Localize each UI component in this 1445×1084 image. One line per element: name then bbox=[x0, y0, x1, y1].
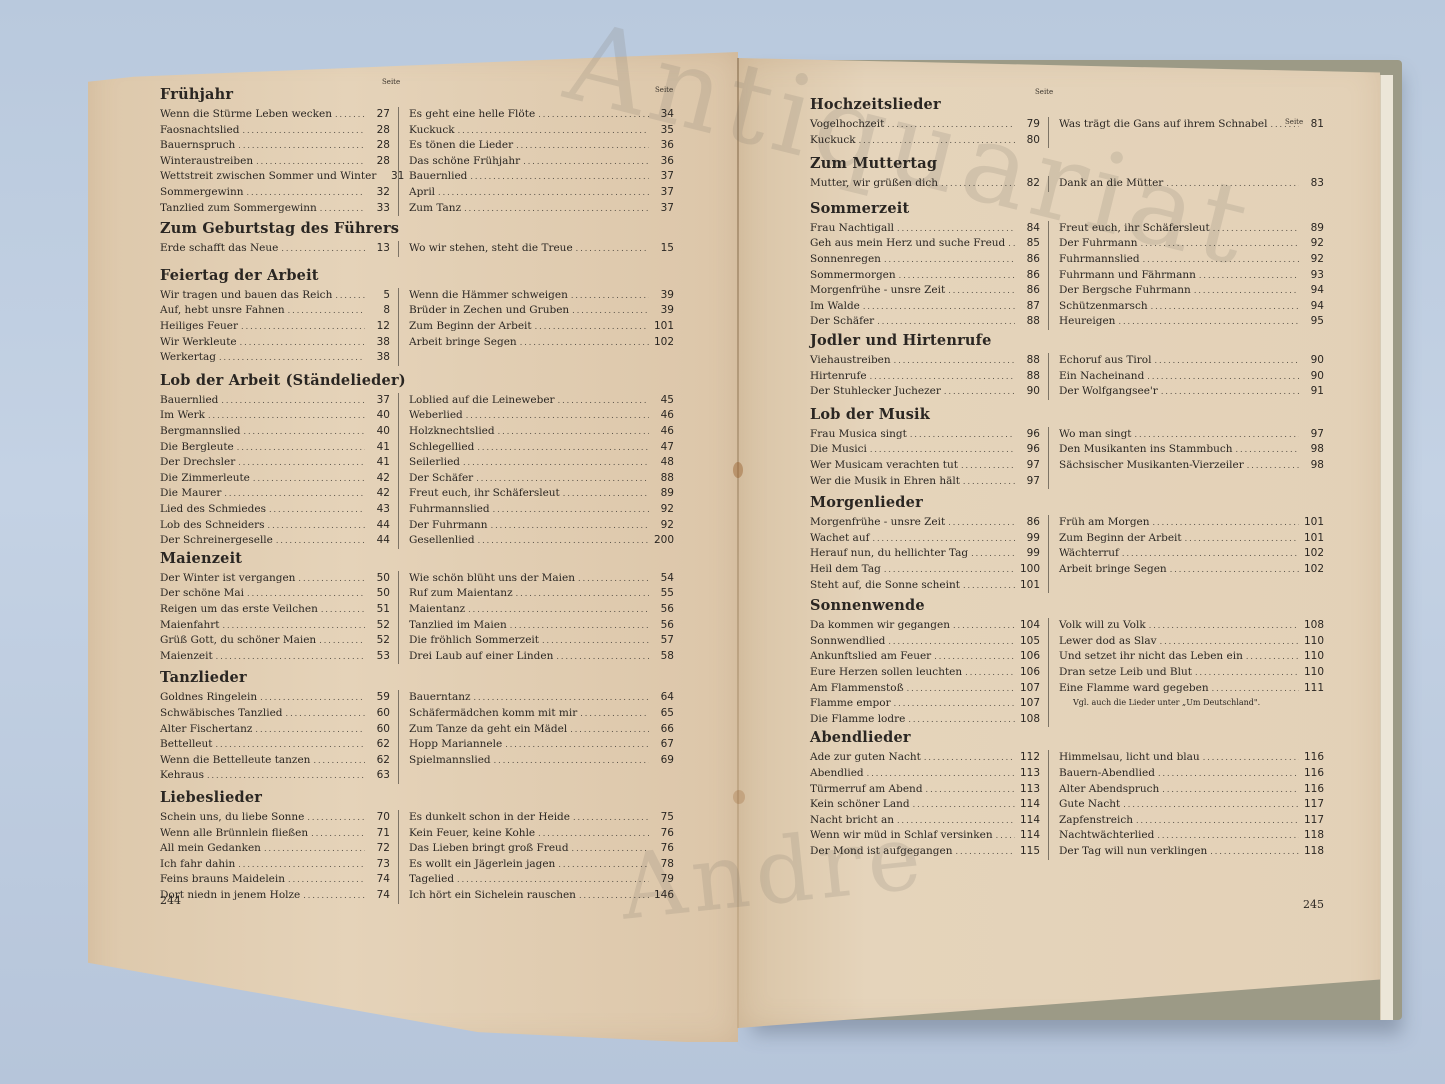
section-title: Lob der Musik bbox=[810, 406, 1320, 423]
index-entry[interactable]: Freut euch, ihr Schäfersleut89 bbox=[1059, 221, 1324, 237]
page-ref: 43 bbox=[368, 502, 390, 518]
page-ref: 33 bbox=[368, 201, 390, 217]
index-entry[interactable]: Echoruf aus Tirol90 bbox=[1059, 353, 1324, 369]
index-entry[interactable]: Wo wir stehen, steht die Treue15 bbox=[409, 241, 674, 257]
index-entry[interactable]: Bauerntanz64 bbox=[409, 690, 674, 706]
index-entry[interactable]: Ruf zum Maientanz55 bbox=[409, 586, 674, 602]
song-title: Bauerntanz bbox=[409, 690, 471, 706]
dot-leader bbox=[281, 241, 365, 257]
page-ref: 62 bbox=[368, 737, 390, 753]
page-ref: 78 bbox=[652, 857, 674, 873]
index-entry[interactable]: Reigen um das erste Veilchen51 bbox=[160, 602, 390, 618]
page-number-left: 244 bbox=[160, 894, 181, 907]
song-title: April bbox=[409, 185, 435, 201]
page-ref: 66 bbox=[652, 722, 674, 738]
song-title: Wachet auf bbox=[810, 531, 869, 547]
page-ref: 41 bbox=[368, 440, 390, 456]
index-entry[interactable]: Viehaustreiben88 bbox=[810, 353, 1040, 369]
song-title: Die Bergleute bbox=[160, 440, 234, 456]
song-title: Es wollt ein Jägerlein jagen bbox=[409, 857, 555, 873]
index-entry[interactable]: Dank an die Mütter83 bbox=[1059, 176, 1324, 192]
index-entry[interactable]: Der Schreinergeselle44 bbox=[160, 533, 390, 549]
index-entry[interactable]: Morgenfrühe - unsre Zeit86 bbox=[810, 515, 1040, 531]
page-ref: 113 bbox=[1018, 782, 1040, 798]
index-entry[interactable]: Mutter, wir grüßen dich82 bbox=[810, 176, 1040, 192]
song-title: Sonnenregen bbox=[810, 252, 881, 268]
index-entry[interactable]: Der Stuhlecker Juchezer90 bbox=[810, 384, 1040, 400]
index-entry[interactable]: Ankunftslied am Feuer106 bbox=[810, 649, 1040, 665]
index-entry[interactable]: Der Bergsche Fuhrmann94 bbox=[1059, 283, 1324, 299]
dot-leader bbox=[516, 586, 649, 602]
song-title: Echoruf aus Tirol bbox=[1059, 353, 1151, 369]
song-title: Maienzeit bbox=[160, 649, 213, 665]
dot-leader bbox=[498, 424, 649, 440]
index-entry[interactable]: Der Fuhrmann92 bbox=[409, 518, 674, 534]
index-entry[interactable]: Bauernlied37 bbox=[160, 393, 390, 409]
index-entry[interactable]: Arbeit bringe Segen102 bbox=[409, 335, 674, 351]
index-entry[interactable]: Bauern-Abendlied116 bbox=[1059, 766, 1324, 782]
index-entry[interactable]: Früh am Morgen101 bbox=[1059, 515, 1324, 531]
page-ref: 8 bbox=[368, 303, 390, 319]
index-entry[interactable]: Bettelleut62 bbox=[160, 737, 390, 753]
index-entry[interactable]: Holzknechtslied46 bbox=[409, 424, 674, 440]
dot-leader bbox=[556, 649, 649, 665]
index-column-left: Ade zur guten Nacht112Abendlied113Türmer… bbox=[810, 750, 1040, 859]
page-ref: 60 bbox=[368, 722, 390, 738]
index-entry[interactable]: Maientanz56 bbox=[409, 602, 674, 618]
page-ref: 28 bbox=[368, 123, 390, 139]
song-title: Herauf nun, du hellichter Tag bbox=[810, 546, 968, 562]
index-entry[interactable]: Fuhrmannslied92 bbox=[1059, 252, 1324, 268]
index-entry[interactable]: Der Mond ist aufgegangen115 bbox=[810, 844, 1040, 860]
index-entry[interactable]: Fuhrmann und Fährmann93 bbox=[1059, 268, 1324, 284]
index-entry[interactable]: Die Zimmerleute42 bbox=[160, 471, 390, 487]
index-entry[interactable]: Hopp Mariannele67 bbox=[409, 737, 674, 753]
index-entry[interactable]: Wächterruf102 bbox=[1059, 546, 1324, 562]
dot-leader bbox=[241, 319, 365, 335]
dot-leader bbox=[223, 618, 366, 634]
index-section: Feiertag der ArbeitWir tragen und bauen … bbox=[160, 267, 680, 366]
index-entry[interactable]: Lewer dod as Slav110 bbox=[1059, 634, 1324, 650]
index-entry[interactable]: Loblied auf die Leineweber45 bbox=[409, 393, 674, 409]
index-column-left: Wenn die Stürme Leben wecken27Faosnachts… bbox=[160, 107, 390, 216]
dot-leader bbox=[1143, 252, 1299, 268]
index-column-left: Frau Musica singt96Die Musici96Wer Music… bbox=[810, 427, 1040, 489]
dot-leader bbox=[570, 722, 649, 738]
index-entry[interactable]: Wo man singt97 bbox=[1059, 427, 1324, 443]
song-title: Tanzlied im Maien bbox=[409, 618, 507, 634]
song-title: Dank an die Mütter bbox=[1059, 176, 1163, 192]
index-entry[interactable]: Im Werk40 bbox=[160, 408, 390, 424]
index-entry[interactable]: Kehraus63 bbox=[160, 768, 390, 784]
song-title: Volk will zu Volk bbox=[1059, 618, 1146, 634]
index-entry[interactable]: Sonnenregen86 bbox=[810, 252, 1040, 268]
index-entry[interactable]: Am Flammenstoß107 bbox=[810, 681, 1040, 697]
index-entry[interactable]: Morgenfrühe - unsre Zeit86 bbox=[810, 283, 1040, 299]
index-entry[interactable]: Die fröhlich Sommerzeit57 bbox=[409, 633, 674, 649]
song-title: Fuhrmann und Fährmann bbox=[1059, 268, 1196, 284]
index-column-right: Wo man singt97Den Musikanten ins Stammbu… bbox=[1048, 427, 1324, 489]
index-entry[interactable]: Maienzeit53 bbox=[160, 649, 390, 665]
index-entry[interactable]: Frau Nachtigall84 bbox=[810, 221, 1040, 237]
index-entry[interactable]: Sommergewinn32 bbox=[160, 185, 390, 201]
index-entry[interactable]: Schützenmarsch94 bbox=[1059, 299, 1324, 315]
song-title: Der Mond ist aufgegangen bbox=[810, 844, 952, 860]
song-title: Wir tragen und bauen das Reich bbox=[160, 288, 332, 304]
index-entry[interactable]: Es tönen die Lieder36 bbox=[409, 138, 674, 154]
song-title: Dort niedn in jenem Holze bbox=[160, 888, 300, 904]
dot-leader bbox=[897, 813, 1015, 829]
book-gutter bbox=[737, 58, 739, 1028]
index-entry[interactable]: Lied des Schmiedes43 bbox=[160, 502, 390, 518]
section-title: Maienzeit bbox=[160, 550, 680, 567]
index-entry[interactable]: Dran setze Leib und Blut110 bbox=[1059, 665, 1324, 681]
index-entry[interactable]: Schwäbisches Tanzlied60 bbox=[160, 706, 390, 722]
index-entry[interactable]: Der Tag will nun verklingen118 bbox=[1059, 844, 1324, 860]
page-ref: 42 bbox=[368, 471, 390, 487]
page-ref: 97 bbox=[1302, 427, 1324, 443]
song-title: Ich hört ein Sichelein rauschen bbox=[409, 888, 576, 904]
index-entry[interactable]: Der Drechsler41 bbox=[160, 455, 390, 471]
song-title: Morgenfrühe - unsre Zeit bbox=[810, 515, 945, 531]
section-title: Morgenlieder bbox=[810, 494, 1320, 511]
section-title: Jodler und Hirtenrufe bbox=[810, 332, 1320, 349]
index-entry[interactable]: Zapfenstreich117 bbox=[1059, 813, 1324, 829]
song-title: Ade zur guten Nacht bbox=[810, 750, 921, 766]
page-ref: 100 bbox=[1018, 562, 1040, 578]
index-entry[interactable]: Heil dem Tag100 bbox=[810, 562, 1040, 578]
dot-leader bbox=[1160, 634, 1299, 650]
song-title: Bauernspruch bbox=[160, 138, 235, 154]
dot-leader bbox=[571, 288, 649, 304]
index-entry[interactable]: Gute Nacht117 bbox=[1059, 797, 1324, 813]
index-entry[interactable]: Wettstreit zwischen Sommer und Winter31 bbox=[160, 169, 390, 185]
song-title: Auf, hebt unsre Fahnen bbox=[160, 303, 285, 319]
dot-leader bbox=[907, 681, 1015, 697]
index-entry[interactable]: April37 bbox=[409, 185, 674, 201]
index-entry[interactable]: Schein uns, du liebe Sonne70 bbox=[160, 810, 390, 826]
index-entry[interactable]: Wenn die Bettelleute tanzen62 bbox=[160, 753, 390, 769]
index-entry[interactable]: Kein schöner Land114 bbox=[810, 797, 1040, 813]
dot-leader bbox=[463, 455, 649, 471]
dot-leader bbox=[887, 117, 1015, 133]
page-ref: 110 bbox=[1302, 665, 1324, 681]
index-entry[interactable]: Sächsischer Musikanten-Vierzeiler98 bbox=[1059, 458, 1324, 474]
index-entry[interactable]: Da kommen wir gegangen104 bbox=[810, 618, 1040, 634]
song-title: Bergmannslied bbox=[160, 424, 240, 440]
page-ref: 39 bbox=[652, 288, 674, 304]
song-title: Bauern-Abendlied bbox=[1059, 766, 1155, 782]
page-ref: 34 bbox=[652, 107, 674, 123]
index-entry[interactable]: Die Musici96 bbox=[810, 442, 1040, 458]
section-title: Zum Geburtstag des Führers bbox=[160, 220, 680, 237]
song-title: Vogelhochzeit bbox=[810, 117, 884, 133]
page-ref: 35 bbox=[652, 123, 674, 139]
song-title: Hirtenrufe bbox=[810, 369, 867, 385]
index-entry[interactable]: Gesellenlied200 bbox=[409, 533, 674, 549]
index-column-right: Bauerntanz64Schäfermädchen komm mit mir6… bbox=[398, 690, 674, 784]
song-title: Sonnwendlied bbox=[810, 634, 885, 650]
page-ref: 54 bbox=[652, 571, 674, 587]
page-ref: 58 bbox=[652, 649, 674, 665]
page-ref: 94 bbox=[1302, 299, 1324, 315]
song-title: Da kommen wir gegangen bbox=[810, 618, 950, 634]
index-entry[interactable]: Der schöne Mai50 bbox=[160, 586, 390, 602]
dot-leader bbox=[867, 766, 1015, 782]
song-title: Tanzlied zum Sommergewinn bbox=[160, 201, 317, 217]
index-section: Zum MuttertagMutter, wir grüßen dich82Da… bbox=[810, 155, 1320, 192]
dot-leader bbox=[1195, 665, 1299, 681]
dot-leader bbox=[438, 185, 649, 201]
page-ref: 86 bbox=[1018, 268, 1040, 284]
index-entry[interactable]: Hirtenrufe88 bbox=[810, 369, 1040, 385]
index-entry[interactable]: Erde schafft das Neue13 bbox=[160, 241, 390, 257]
index-entry[interactable]: Eine Flamme ward gegeben111 bbox=[1059, 681, 1324, 697]
page-ref: 118 bbox=[1302, 828, 1324, 844]
dot-leader bbox=[238, 138, 365, 154]
index-entry[interactable]: Schäfermädchen komm mit mir65 bbox=[409, 706, 674, 722]
index-entry[interactable]: Bergmannslied40 bbox=[160, 424, 390, 440]
page-ref: 101 bbox=[652, 319, 674, 335]
song-title: Zum Tanz bbox=[409, 201, 461, 217]
index-entry[interactable]: Nachtwächterlied118 bbox=[1059, 828, 1324, 844]
page-ref: 56 bbox=[652, 618, 674, 634]
index-entry[interactable]: Ein Nacheinand90 bbox=[1059, 369, 1324, 385]
index-entry[interactable]: Wir tragen und bauen das Reich5 bbox=[160, 288, 390, 304]
page-ref: 50 bbox=[368, 571, 390, 587]
page-ref: 88 bbox=[652, 471, 674, 487]
song-title: Der Stuhlecker Juchezer bbox=[810, 384, 941, 400]
page-ref: 39 bbox=[652, 303, 674, 319]
dot-leader bbox=[578, 571, 649, 587]
index-entry[interactable]: Wenn alle Brünnlein fließen71 bbox=[160, 826, 390, 842]
index-entry[interactable]: Wachet auf99 bbox=[810, 531, 1040, 547]
page-ref: 45 bbox=[652, 393, 674, 409]
index-section: MorgenliederMorgenfrühe - unsre Zeit86Wa… bbox=[810, 494, 1320, 593]
index-entry[interactable]: Den Musikanten ins Stammbuch98 bbox=[1059, 442, 1324, 458]
index-entry[interactable]: Schlegellied47 bbox=[409, 440, 674, 456]
song-title: Alter Abendspruch bbox=[1059, 782, 1159, 798]
index-entry[interactable]: Es wollt ein Jägerlein jagen78 bbox=[409, 857, 674, 873]
index-column-right: Dank an die Mütter83 bbox=[1048, 176, 1324, 192]
index-entry[interactable]: Freut euch, ihr Schäfersleut89 bbox=[409, 486, 674, 502]
song-title: Wächterruf bbox=[1059, 546, 1119, 562]
dot-leader bbox=[237, 440, 365, 456]
page-ref: 62 bbox=[368, 753, 390, 769]
page-ref: 97 bbox=[1018, 458, 1040, 474]
index-entry[interactable]: Das schöne Frühjahr36 bbox=[409, 154, 674, 170]
index-entry[interactable]: Bauernspruch28 bbox=[160, 138, 390, 154]
index-entry[interactable]: Winteraustreiben28 bbox=[160, 154, 390, 170]
dot-leader bbox=[246, 185, 365, 201]
index-entry[interactable]: Alter Abendspruch116 bbox=[1059, 782, 1324, 798]
song-title: Zum Tanze da geht ein Mädel bbox=[409, 722, 567, 738]
index-entry[interactable]: Lob des Schneiders44 bbox=[160, 518, 390, 534]
song-title: Schwäbisches Tanzlied bbox=[160, 706, 283, 722]
song-title: Werkertag bbox=[160, 350, 216, 366]
page-ref: 27 bbox=[368, 107, 390, 123]
index-entry[interactable]: Wir Werkleute38 bbox=[160, 335, 390, 351]
page-ref: 69 bbox=[652, 753, 674, 769]
page-ref: 83 bbox=[1302, 176, 1324, 192]
index-entry[interactable]: Wie schön blüht uns der Maien54 bbox=[409, 571, 674, 587]
index-entry[interactable]: Drei Laub auf einer Linden58 bbox=[409, 649, 674, 665]
index-entry[interactable]: Der Fuhrmann92 bbox=[1059, 236, 1324, 252]
index-entry[interactable]: Tanzlied im Maien56 bbox=[409, 618, 674, 634]
index-entry[interactable]: Volk will zu Volk108 bbox=[1059, 618, 1324, 634]
index-entry[interactable]: Kuckuck80 bbox=[810, 133, 1040, 149]
index-entry[interactable]: Faosnachtslied28 bbox=[160, 123, 390, 139]
index-entry[interactable]: Es dunkelt schon in der Heide75 bbox=[409, 810, 674, 826]
page-ref: 95 bbox=[1302, 314, 1324, 330]
song-title: Der Fuhrmann bbox=[409, 518, 488, 534]
index-entry[interactable]: Der Schäfer88 bbox=[409, 471, 674, 487]
index-entry[interactable]: Das Lieben bringt groß Freud76 bbox=[409, 841, 674, 857]
index-entry[interactable]: Grüß Gott, du schöner Maien52 bbox=[160, 633, 390, 649]
index-entry[interactable]: Wenn die Stürme Leben wecken27 bbox=[160, 107, 390, 123]
index-entry[interactable]: Wer die Musik in Ehren hält97 bbox=[810, 474, 1040, 490]
index-entry[interactable]: Maienfahrt52 bbox=[160, 618, 390, 634]
index-entry[interactable]: Goldnes Ringelein59 bbox=[160, 690, 390, 706]
page-ref: 72 bbox=[368, 841, 390, 857]
dot-leader bbox=[1162, 782, 1299, 798]
index-entry[interactable]: Es geht eine helle Flöte34 bbox=[409, 107, 674, 123]
index-entry[interactable]: Wer Musicam verachten tut97 bbox=[810, 458, 1040, 474]
index-entry[interactable]: Fuhrmannslied92 bbox=[409, 502, 674, 518]
dot-leader bbox=[963, 578, 1015, 594]
index-entry[interactable]: Steht auf, die Sonne scheint101 bbox=[810, 578, 1040, 594]
index-entry[interactable]: Zum Beginn der Arbeit101 bbox=[409, 319, 674, 335]
page-ref: 79 bbox=[652, 872, 674, 888]
index-entry[interactable]: Tagelied79 bbox=[409, 872, 674, 888]
index-entry[interactable]: Himmelsau, licht und blau116 bbox=[1059, 750, 1324, 766]
index-entry[interactable]: All mein Gedanken72 bbox=[160, 841, 390, 857]
index-entry[interactable]: Zum Tanz37 bbox=[409, 201, 674, 217]
dot-leader bbox=[320, 201, 365, 217]
song-title: Der Schäfer bbox=[409, 471, 473, 487]
dot-leader bbox=[542, 633, 649, 649]
dot-leader bbox=[1212, 681, 1299, 697]
index-entry[interactable]: Weberlied46 bbox=[409, 408, 674, 424]
dot-leader bbox=[1154, 353, 1299, 369]
index-entry[interactable]: Ich hört ein Sichelein rauschen146 bbox=[409, 888, 674, 904]
dot-leader bbox=[319, 633, 365, 649]
section-title: Sommerzeit bbox=[810, 200, 1320, 217]
index-entry[interactable]: Die Maurer42 bbox=[160, 486, 390, 502]
dot-leader bbox=[477, 440, 649, 456]
index-entry[interactable]: Abendlied113 bbox=[810, 766, 1040, 782]
page-ref: 92 bbox=[652, 502, 674, 518]
index-entry[interactable]: Sonnwendlied105 bbox=[810, 634, 1040, 650]
dot-leader bbox=[468, 602, 649, 618]
index-entry[interactable]: Vogelhochzeit79 bbox=[810, 117, 1040, 133]
dot-leader bbox=[311, 826, 365, 842]
index-entry[interactable]: Die Bergleute41 bbox=[160, 440, 390, 456]
index-entry[interactable]: Kein Feuer, keine Kohle76 bbox=[409, 826, 674, 842]
index-entry[interactable]: Eure Herzen sollen leuchten106 bbox=[810, 665, 1040, 681]
index-column-right: Wenn die Hämmer schweigen39Brüder in Zec… bbox=[398, 288, 674, 366]
index-entry[interactable]: Kuckuck35 bbox=[409, 123, 674, 139]
index-column-right: Es geht eine helle Flöte34Kuckuck35Es tö… bbox=[398, 107, 674, 216]
index-entry[interactable]: Spielmannslied69 bbox=[409, 753, 674, 769]
index-entry[interactable]: Herauf nun, du hellichter Tag99 bbox=[810, 546, 1040, 562]
index-entry[interactable]: Seilerlied48 bbox=[409, 455, 674, 471]
index-section: TanzliederGoldnes Ringelein59Schwäbische… bbox=[160, 669, 680, 784]
index-entry[interactable]: Brüder in Zechen und Gruben39 bbox=[409, 303, 674, 319]
dot-leader bbox=[872, 531, 1015, 547]
index-entry[interactable]: Und setzet ihr nicht das Leben ein110 bbox=[1059, 649, 1324, 665]
index-entry[interactable]: Nacht bricht an114 bbox=[810, 813, 1040, 829]
index-entry[interactable]: Im Walde87 bbox=[810, 299, 1040, 315]
index-section: AbendliederAde zur guten Nacht112Abendli… bbox=[810, 729, 1320, 859]
index-entry[interactable]: Ade zur guten Nacht112 bbox=[810, 750, 1040, 766]
song-title: Bettelleut bbox=[160, 737, 213, 753]
page-ref: 28 bbox=[368, 138, 390, 154]
section-title: Frühjahr bbox=[160, 86, 680, 103]
dot-leader bbox=[941, 176, 1015, 192]
page-ref: 99 bbox=[1018, 531, 1040, 547]
page-ref: 37 bbox=[652, 201, 674, 217]
song-title: Der Winter ist vergangen bbox=[160, 571, 295, 587]
index-entry[interactable]: Zum Beginn der Arbeit101 bbox=[1059, 531, 1324, 547]
index-entry[interactable]: Die Flamme lodre108 bbox=[810, 712, 1040, 728]
index-entry[interactable]: Zum Tanze da geht ein Mädel66 bbox=[409, 722, 674, 738]
index-entry[interactable]: Flamme empor107 bbox=[810, 696, 1040, 712]
index-entry[interactable]: Feins brauns Maidelein74 bbox=[160, 872, 390, 888]
index-entry[interactable]: Dort niedn in jenem Holze74 bbox=[160, 888, 390, 904]
page-ref: 110 bbox=[1302, 649, 1324, 665]
index-entry[interactable]: Bauernlied37 bbox=[409, 169, 674, 185]
page-number-right: 245 bbox=[1303, 898, 1324, 911]
page-ref: 86 bbox=[1018, 252, 1040, 268]
index-entry[interactable]: Der Winter ist vergangen50 bbox=[160, 571, 390, 587]
index-entry[interactable]: Ich fahr dahin73 bbox=[160, 857, 390, 873]
index-entry[interactable]: Arbeit bringe Segen102 bbox=[1059, 562, 1324, 578]
index-entry[interactable]: Frau Musica singt96 bbox=[810, 427, 1040, 443]
index-entry[interactable]: Wenn die Hämmer schweigen39 bbox=[409, 288, 674, 304]
index-entry[interactable]: Sommermorgen86 bbox=[810, 268, 1040, 284]
index-entry[interactable]: Der Schäfer88 bbox=[810, 314, 1040, 330]
dot-leader bbox=[1008, 236, 1015, 252]
song-title: Abendlied bbox=[810, 766, 864, 782]
page-ref: 48 bbox=[652, 455, 674, 471]
dot-leader bbox=[1158, 766, 1299, 782]
song-title: Kein schöner Land bbox=[810, 797, 910, 813]
index-entry[interactable]: Tanzlied zum Sommergewinn33 bbox=[160, 201, 390, 217]
index-entry[interactable]: Auf, hebt unsre Fahnen8 bbox=[160, 303, 390, 319]
dot-leader bbox=[910, 427, 1015, 443]
page-ref: 111 bbox=[1302, 681, 1324, 697]
section-title: Feiertag der Arbeit bbox=[160, 267, 680, 284]
index-entry[interactable]: Wenn wir müd in Schlaf versinken114 bbox=[810, 828, 1040, 844]
dot-leader bbox=[288, 303, 365, 319]
index-entry[interactable]: Alter Fischertanz60 bbox=[160, 722, 390, 738]
index-entry[interactable]: Geh aus mein Herz und suche Freud85 bbox=[810, 236, 1040, 252]
index-entry[interactable]: Der Wolfgangsee'r91 bbox=[1059, 384, 1324, 400]
dot-leader bbox=[965, 665, 1015, 681]
index-entry[interactable]: Heureigen95 bbox=[1059, 314, 1324, 330]
page-ref: 88 bbox=[1018, 314, 1040, 330]
index-entry[interactable]: Heiliges Feuer12 bbox=[160, 319, 390, 335]
page-ref: 76 bbox=[652, 841, 674, 857]
page-ref: 116 bbox=[1302, 750, 1324, 766]
dot-leader bbox=[1246, 649, 1299, 665]
index-entry[interactable]: Werkertag38 bbox=[160, 350, 390, 366]
index-entry[interactable]: Türmerruf am Abend113 bbox=[810, 782, 1040, 798]
page-ref: 40 bbox=[368, 408, 390, 424]
index-column-right: Was trägt die Gans auf ihrem Schnabel81 bbox=[1048, 117, 1324, 148]
dot-leader bbox=[894, 353, 1015, 369]
